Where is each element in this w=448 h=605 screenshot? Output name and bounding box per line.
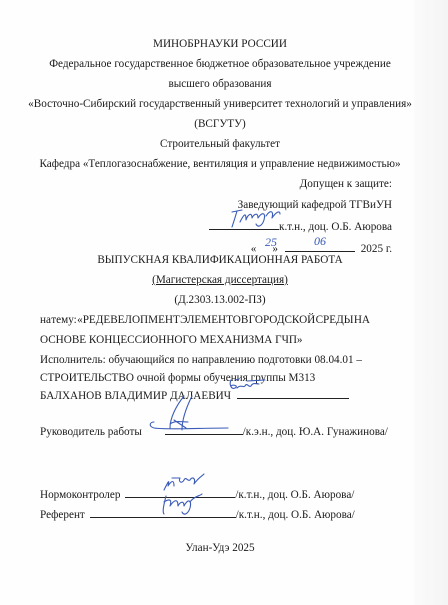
referent-signature-blank xyxy=(90,506,236,518)
student-signature-blank xyxy=(237,387,349,399)
supervisor-signature-blank xyxy=(165,423,243,435)
university-name: «Восточно-Сибирский государственный унив… xyxy=(0,97,440,111)
executor-line-2: СТРОИТЕЛЬСТВО очной формы обучения групп… xyxy=(40,371,315,385)
admitted-label: Допущен к защите: xyxy=(300,177,392,191)
work-type: ВЫПУСКНАЯ КВАЛИФИКАЦИОННАЯ РАБОТА xyxy=(0,253,440,267)
topic-line-1: на тему: «РЕДЕВЕЛОПМЕНТ ЭЛЕМЕНТОВ ГОРОДС… xyxy=(40,313,370,327)
work-subtype: (Магистерская диссертация) xyxy=(0,273,440,287)
topic-word: СРЕДЫ xyxy=(316,313,354,327)
work-code: (Д.2303.13.002-ПЗ) xyxy=(0,293,440,307)
topic-word: «РЕДЕВЕЛОПМЕНТ xyxy=(77,313,180,327)
date-day-handwritten: 25 xyxy=(265,235,277,249)
city-year: Улан-Удэ 2025 xyxy=(0,541,440,555)
topic-word: тему: xyxy=(51,313,77,327)
ministry-title: МИНОБРНАУКИ РОССИИ xyxy=(0,37,440,51)
normcontrol-signature-blank xyxy=(125,486,235,498)
topic-word: ЭЛЕМЕНТОВ xyxy=(180,313,248,327)
student-name: БАЛХАНОВ ВЛАДИМИР ДАЛАЕВИЧ xyxy=(40,390,231,402)
executor-line-1: Исполнитель: обучающийся по направлению … xyxy=(40,353,362,367)
supervisor-label: Руководитель работы xyxy=(40,426,142,438)
faculty-name: Строительный факультет xyxy=(0,137,440,151)
signature-blank xyxy=(209,218,279,230)
institution-type: Федеральное государственное бюджетное об… xyxy=(0,57,440,71)
department-name: Кафедра «Теплогазоснабжение, вентиляция … xyxy=(0,157,440,171)
university-abbr: (ВСГУТУ) xyxy=(0,117,440,131)
institution-level: высшего образования xyxy=(0,77,440,91)
supervisor-row: Руководитель работы /к.э.н., доц. Ю.А. Г… xyxy=(40,423,388,439)
head-signature-line: к.т.н., доц. О.Б. Аюрова xyxy=(209,218,392,234)
date-month-handwritten: 06 xyxy=(314,234,326,248)
supervisor-name: /к.э.н., доц. Ю.А. Гунажинова/ xyxy=(243,426,388,438)
normcontrol-row: Нормоконтролер /к.т.н., доц. О.Б. Аюрова… xyxy=(40,486,354,502)
normcontrol-label: Нормоконтролер xyxy=(40,489,120,501)
head-title: Заведующий кафедрой ТГВиУН xyxy=(238,198,392,212)
normcontrol-name: /к.т.н., доц. О.Б. Аюрова/ xyxy=(235,489,354,501)
head-name: к.т.н., доц. О.Б. Аюрова xyxy=(279,221,392,233)
topic-word: на xyxy=(40,313,51,327)
referent-name: /к.т.н., доц. О.Б. Аюрова/ xyxy=(236,509,355,521)
document-page: МИНОБРНАУКИ РОССИИ Федеральное государст… xyxy=(0,0,448,605)
referent-label: Референт xyxy=(40,509,85,521)
student-row: БАЛХАНОВ ВЛАДИМИР ДАЛАЕВИЧ xyxy=(40,387,349,403)
topic-word: ГОРОДСКОЙ xyxy=(249,313,316,327)
topic-word: НА xyxy=(354,313,370,327)
topic-line-2: ОСНОВЕ КОНЦЕССИОННОГО МЕХАНИЗМА ГЧП» xyxy=(40,333,303,347)
referent-row: Референт /к.т.н., доц. О.Б. Аюрова/ xyxy=(40,506,355,522)
